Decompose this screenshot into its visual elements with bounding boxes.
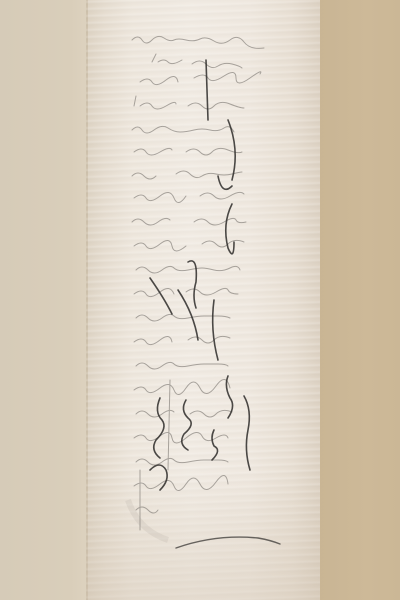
pencil-handwriting (0, 0, 400, 600)
